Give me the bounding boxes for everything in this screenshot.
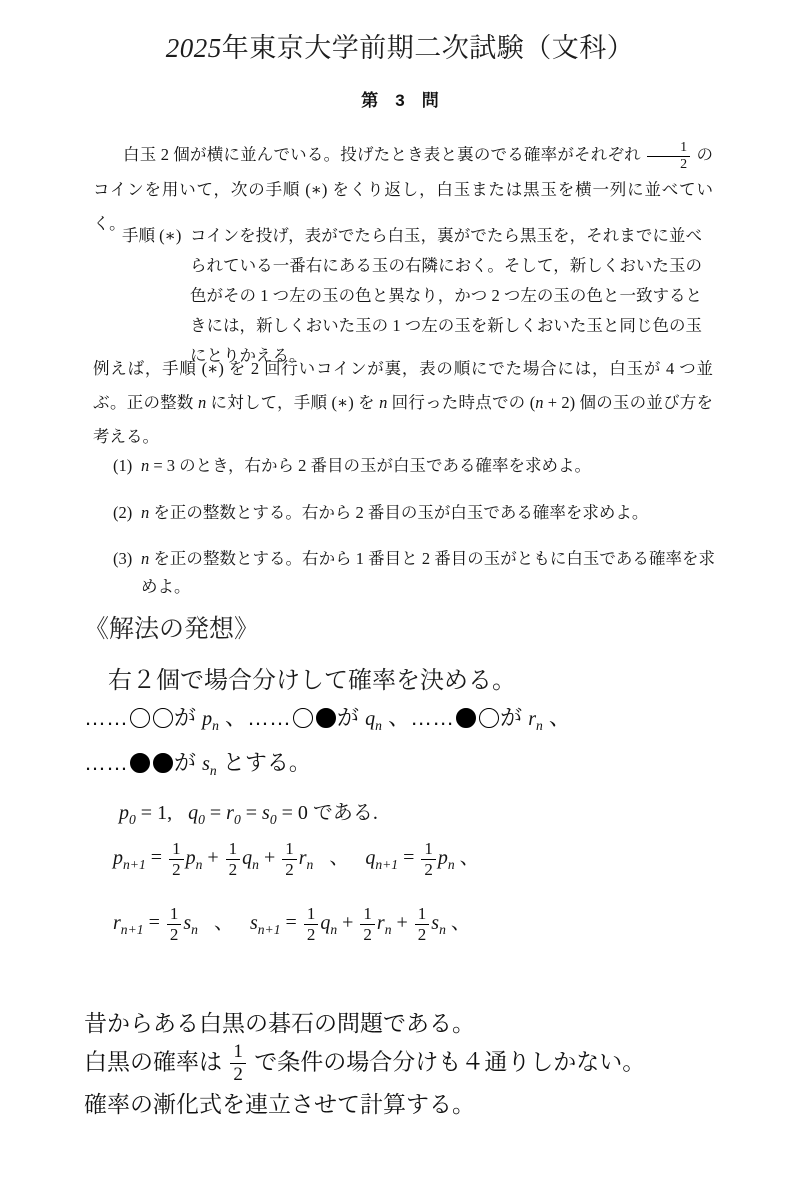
text-run: で条件の場合分けも４通りしかない。 (248, 1048, 645, 1074)
text-run: 、 (455, 847, 480, 869)
math-variable: sn (202, 753, 217, 775)
text-run: 、 (329, 847, 349, 869)
case-definition-line-1: ……が pn 、……が qn 、……が rn 、 (84, 701, 571, 732)
math-variable: pn (202, 708, 219, 730)
problem-item-3-number: (3) (113, 545, 132, 573)
commentary-line-3: 確率の漸化式を連立させて計算する。 (84, 1086, 744, 1122)
text-run: = (146, 847, 167, 869)
problem-item-1-number: (1) (113, 452, 132, 480)
black-stone-icon (456, 708, 476, 728)
procedure-label: 手順 (∗) (122, 221, 181, 251)
text-run: とする。 (217, 750, 311, 775)
text-run: が (174, 750, 202, 775)
solution-heading: 《解法の発想》 (84, 609, 259, 645)
problem-item-2-number: (2) (113, 499, 132, 527)
text-run: = (241, 802, 262, 824)
text-run: + (259, 847, 280, 869)
math-variable: sn (431, 912, 446, 934)
problem-item-3-text: n を正の整数とする。右から 1 番目と 2 番目の玉がともに白玉である確率を求… (141, 549, 715, 596)
text-run: + (202, 847, 223, 869)
fraction: 12 (421, 839, 436, 879)
text-run: に対して，手順 (∗) を (206, 393, 379, 412)
text-run: + (391, 912, 412, 934)
document-title: 2025年東京大学前期二次試験（文科） (0, 26, 800, 65)
math-variable: qn (365, 708, 382, 730)
problem-paragraph-2: 例えば，手順 (∗) を 2 回行いコインが裏，表の順にでた場合には，白玉が 4… (93, 352, 713, 454)
text-run: が (337, 705, 365, 730)
math-variable: n (141, 503, 149, 522)
black-stone-icon (153, 753, 173, 773)
math-variable: pn (438, 847, 455, 869)
math-variable: pn+1 (113, 847, 146, 869)
text-run: 、…… (382, 705, 454, 730)
math-variable: qn (242, 847, 259, 869)
exam-document-page: { "header": { "title_year": "2025", "tit… (0, 0, 800, 1200)
math-variable: n (141, 456, 149, 475)
white-stone-icon (293, 708, 313, 728)
text-run: + (337, 912, 358, 934)
commentary-block: 昔からある白黒の碁石の問題である。 白黒の確率は 12 で条件の場合分けも４通り… (84, 1005, 744, 1122)
problem-item-1-text: n = 3 のとき，右から 2 番目の玉が白玉である確率を求めよ。 (141, 456, 591, 475)
math-variable: sn (183, 912, 198, 934)
fraction: 12 (360, 904, 375, 944)
math-variable: n (141, 549, 149, 568)
fraction: 12 (282, 839, 297, 879)
text-run: …… (84, 750, 128, 775)
math-variable: p0 (119, 802, 136, 824)
fraction: 12 (230, 1041, 246, 1086)
math-variable: rn (528, 708, 543, 730)
text-run: …… (84, 705, 128, 730)
black-stone-icon (316, 708, 336, 728)
problem-item-3: (3) n を正の整数とする。右から 1 番目と 2 番目の玉がともに白玉である… (113, 545, 715, 601)
text-run: = (205, 802, 226, 824)
math-variable: s0 (262, 802, 277, 824)
math-variable: q0 (188, 802, 205, 824)
text-run: 白玉 2 個が横に並んでいる。投げたとき表と裏のでる確率がそれぞれ (123, 145, 645, 164)
fraction: 12 (647, 140, 690, 173)
procedure-text: コインを投げ，表がでたら白玉，裏がでたら黒玉を，それまでに並べられている一番右に… (190, 221, 702, 371)
commentary-line-2: 白黒の確率は 12 で条件の場合分けも４通りしかない。 (84, 1041, 744, 1086)
fraction: 12 (167, 904, 182, 944)
solution-intro: 右２個で場合分けして確率を決める。 (108, 660, 516, 695)
document-title-text: 年東京大学前期二次試験（文科） (222, 33, 635, 63)
text-run: 、 (446, 912, 471, 934)
math-variable: rn+1 (113, 912, 144, 934)
math-variable: r0 (226, 802, 241, 824)
document-title-year: 2025 (166, 33, 222, 63)
white-stone-icon (153, 708, 173, 728)
recurrence-line-1: pn+1 = 12pn + 12qn + 12rn、qn+1 = 12pn 、 (113, 839, 480, 879)
text-run: 、 (214, 912, 234, 934)
fraction: 12 (226, 839, 241, 879)
black-stone-icon (130, 753, 150, 773)
text-run: = (398, 847, 419, 869)
text-run: 回行った時点での ( (387, 393, 535, 412)
text-run: 白黒の確率は (84, 1048, 228, 1074)
procedure-block: 手順 (∗) コインを投げ，表がでたら白玉，裏がでたら黒玉を，それまでに並べられ… (122, 221, 702, 371)
recurrence-line-2: rn+1 = 12sn、sn+1 = 12qn + 12rn + 12sn 、 (113, 904, 471, 944)
text-run: 、…… (219, 705, 291, 730)
math-variable: qn+1 (365, 847, 398, 869)
math-variable: pn (186, 847, 203, 869)
fraction: 12 (304, 904, 319, 944)
text-run: = (144, 912, 165, 934)
text-run: = 1, (136, 802, 172, 824)
white-stone-icon (479, 708, 499, 728)
white-stone-icon (130, 708, 150, 728)
text-run: 、 (543, 705, 571, 730)
text-run: = (281, 912, 302, 934)
math-variable: n (198, 393, 206, 412)
text-run: = 0 である. (277, 802, 378, 824)
text-run: が (500, 705, 528, 730)
fraction: 12 (415, 904, 430, 944)
math-variable: rn (299, 847, 314, 869)
case-definition-line-2: ……が sn とする。 (84, 746, 311, 777)
problem-item-2-text: n を正の整数とする。右から 2 番目の玉が白玉である確率を求めよ。 (141, 503, 648, 522)
question-number: 第 3 問 (0, 86, 800, 111)
math-variable: rn (377, 912, 392, 934)
problem-item-1: (1) n = 3 のとき，右から 2 番目の玉が白玉である確率を求めよ。 (113, 452, 715, 480)
text-run: を正の整数とする。右から 1 番目と 2 番目の玉がともに白玉である確率を求めよ… (141, 549, 715, 596)
problem-item-2: (2) n を正の整数とする。右から 2 番目の玉が白玉である確率を求めよ。 (113, 499, 715, 527)
text-run: コインを投げ，表がでたら白玉，裏がでたら黒玉を，それまでに並べられている一番右に… (190, 226, 702, 365)
fraction: 12 (169, 839, 184, 879)
math-variable: qn (320, 912, 337, 934)
commentary-line-1: 昔からある白黒の碁石の問題である。 (84, 1005, 744, 1041)
text-run: が (174, 705, 202, 730)
math-variable: sn+1 (250, 912, 281, 934)
text-run: = 3 のとき，右から 2 番目の玉が白玉である確率を求めよ。 (149, 456, 591, 475)
text-run: を正の整数とする。右から 2 番目の玉が白玉である確率を求めよ。 (149, 503, 648, 522)
initial-conditions: p0 = 1,q0 = r0 = s0 = 0 である. (119, 796, 378, 825)
